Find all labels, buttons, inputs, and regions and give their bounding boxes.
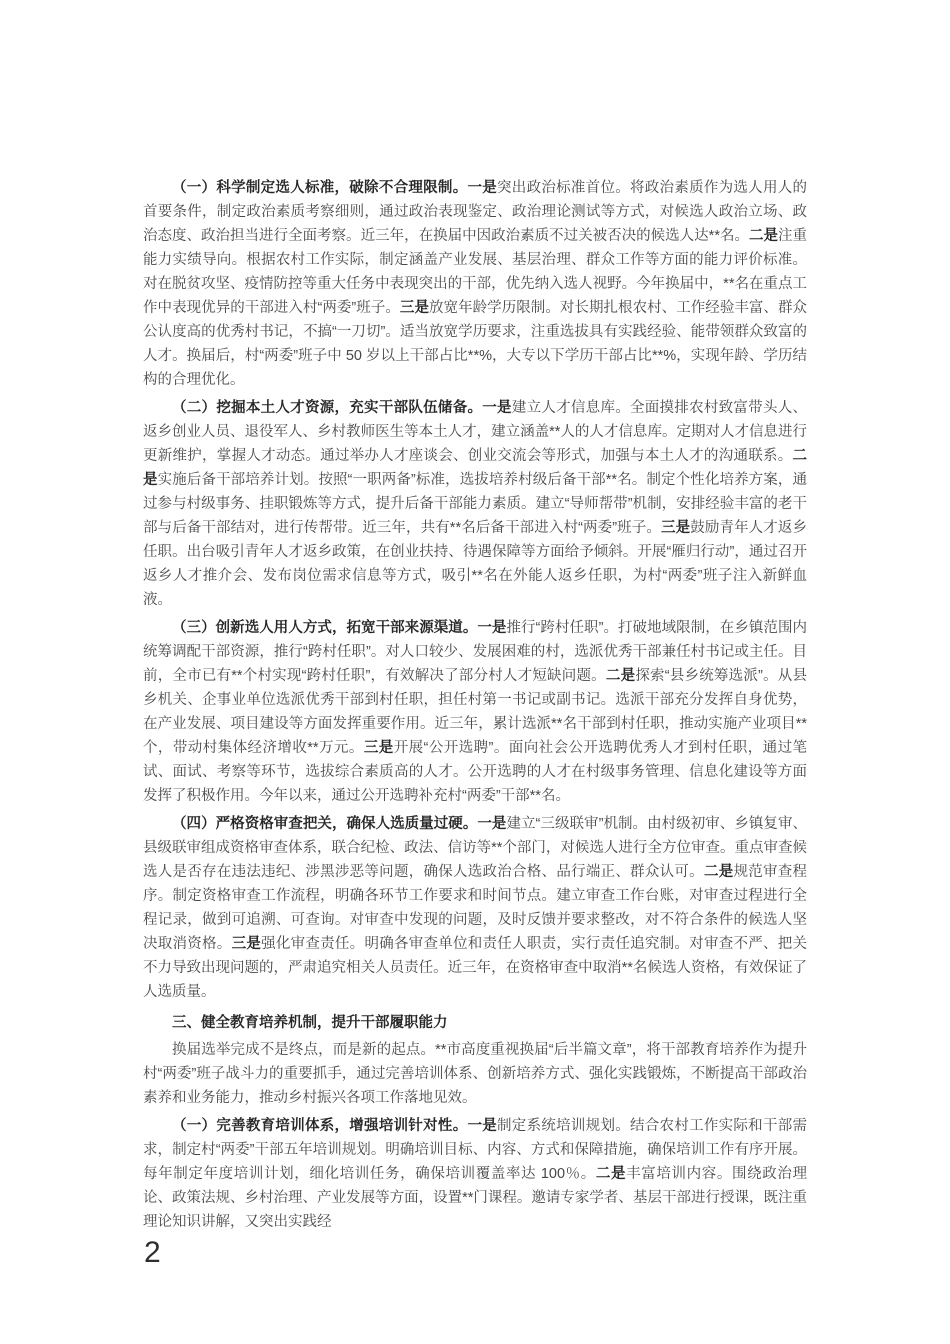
bold-run: （三）创新选人用人方式，拓宽干部来源渠道。一是: [172, 620, 506, 636]
paragraph: （二）挖掘本土人才资源，充实干部队伍储备。一是建立人才信息库。全面摸排农村致富带…: [143, 396, 807, 612]
paragraph: （四）严格资格审查把关，确保人选质量过硬。一是建立“三级联审”机制。由村级初审、…: [143, 812, 807, 1004]
document-page: （一）科学制定选人标准，破除不合理限制。一是突出政治标准首位。将政治素质作为选人…: [0, 0, 950, 1344]
bold-run: 三是: [400, 300, 429, 316]
bold-run: 三是: [232, 936, 262, 952]
bold-run: 二是: [606, 668, 635, 684]
page-number: 2: [144, 1237, 161, 1269]
section-heading: 三、健全教育培养机制，提升干部履职能力: [143, 1011, 807, 1035]
paragraph: 换届选举完成不是终点，而是新的起点。**市高度重视换届“后半篇文章”，将干部教育…: [143, 1038, 807, 1110]
text-run: 换届选举完成不是终点，而是新的起点。**市高度重视换届“后半篇文章”，将干部教育…: [143, 1042, 807, 1106]
bold-run: （一）科学制定选人标准，破除不合理限制。一是: [172, 180, 497, 196]
paragraph: （一）科学制定选人标准，破除不合理限制。一是突出政治标准首位。将政治素质作为选人…: [143, 176, 807, 392]
bold-run: （二）挖掘本土人才资源，充实干部队伍储备。一是: [172, 400, 512, 416]
bold-run: 三是: [364, 740, 394, 756]
bold-run: 三、健全教育培养机制，提升干部履职能力: [172, 1015, 448, 1031]
bold-run: （四）严格资格审查把关，确保人选质量过硬。一是: [172, 816, 506, 832]
bold-run: 三是: [661, 520, 690, 536]
paragraph: （三）创新选人用人方式，拓宽干部来源渠道。一是推行“跨村任职”。打破地域限制，在…: [143, 616, 807, 808]
bold-run: 二是: [596, 1166, 626, 1182]
document-body: （一）科学制定选人标准，破除不合理限制。一是突出政治标准首位。将政治素质作为选人…: [143, 176, 807, 1238]
paragraph: （一）完善教育培训体系，增强培训针对性。一是制定系统培训规划。结合农村工作实际和…: [143, 1114, 807, 1234]
bold-run: （一）完善教育培训体系，增强培训针对性。一是: [172, 1118, 497, 1134]
bold-run: 二是: [749, 228, 778, 244]
bold-run: 二是: [704, 864, 734, 880]
